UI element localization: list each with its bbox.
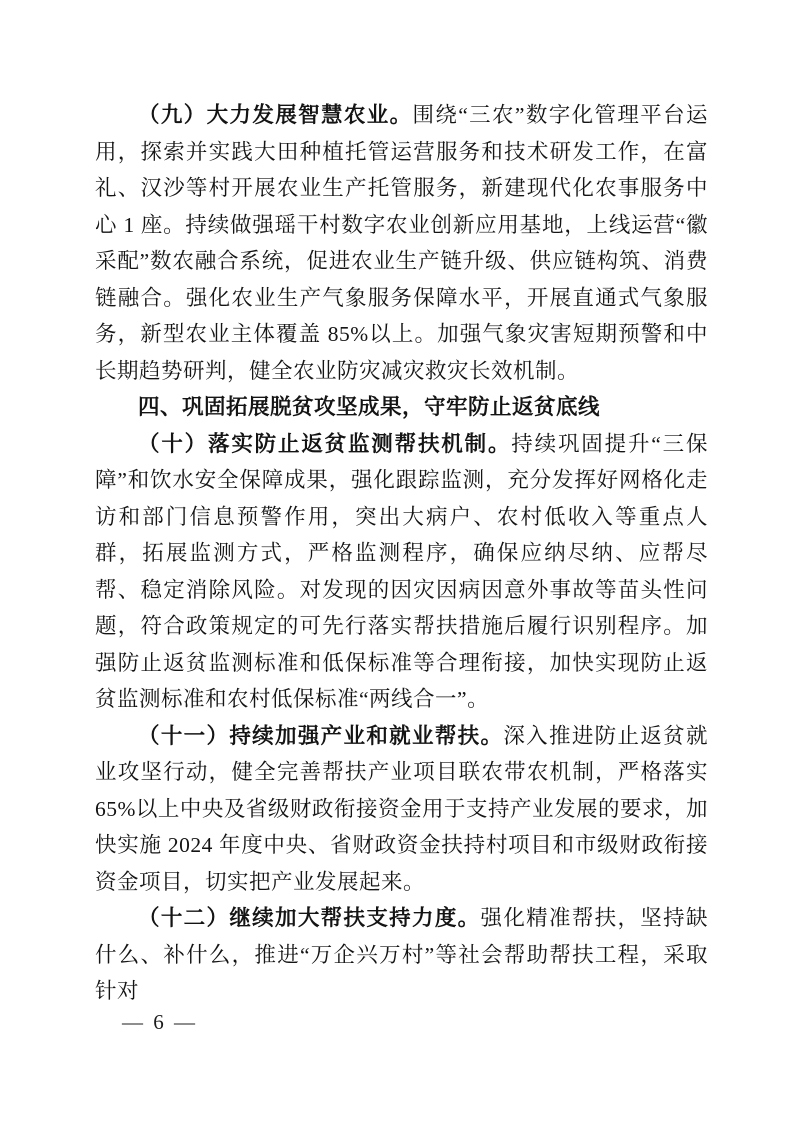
document-body: （九）大力发展智慧农业。围绕“三农”数字化管理平台运用，探索并实践大田种植托管运… xyxy=(95,97,708,1010)
paragraph-lead: （九）大力发展智慧农业。 xyxy=(138,103,413,127)
paragraph-text: 深入推进防止返贫就业攻坚行动，健全完善帮扶产业项目联农带农机制，严格落实 65%… xyxy=(95,724,708,894)
paragraph-text: 围绕“三农”数字化管理平台运用，探索并实践大田种植托管运营服务和技术研发工作，在… xyxy=(95,103,708,383)
section-heading-4: 四、巩固拓展脱贫攻坚成果，守牢防止返贫底线 xyxy=(95,389,708,426)
paragraph-text: 持续巩固提升“三保障”和饮水安全保障成果，强化跟踪监测，充分发挥好网格化走访和部… xyxy=(95,432,708,712)
paragraph-lead: （十二）继续加大帮扶支持力度。 xyxy=(138,906,480,930)
paragraph-lead: （十）落实防止返贫监测帮扶机制。 xyxy=(138,432,511,456)
paragraph-item-11: （十一）持续加强产业和就业帮扶。深入推进防止返贫就业攻坚行动，健全完善帮扶产业项… xyxy=(95,718,708,901)
page-footer: — 6 — xyxy=(122,1007,195,1037)
page-number: — 6 — xyxy=(122,1010,195,1034)
paragraph-lead: （十一）持续加强产业和就业帮扶。 xyxy=(138,724,503,748)
paragraph-item-12: （十二）继续加大帮扶支持力度。强化精准帮扶，坚持缺什么、补什么，推进“万企兴万村… xyxy=(95,900,708,1010)
paragraph-item-9: （九）大力发展智慧农业。围绕“三农”数字化管理平台运用，探索并实践大田种植托管运… xyxy=(95,97,708,389)
document-page: （九）大力发展智慧农业。围绕“三农”数字化管理平台运用，探索并实践大田种植托管运… xyxy=(0,0,794,1123)
paragraph-item-10: （十）落实防止返贫监测帮扶机制。持续巩固提升“三保障”和饮水安全保障成果，强化跟… xyxy=(95,426,708,718)
